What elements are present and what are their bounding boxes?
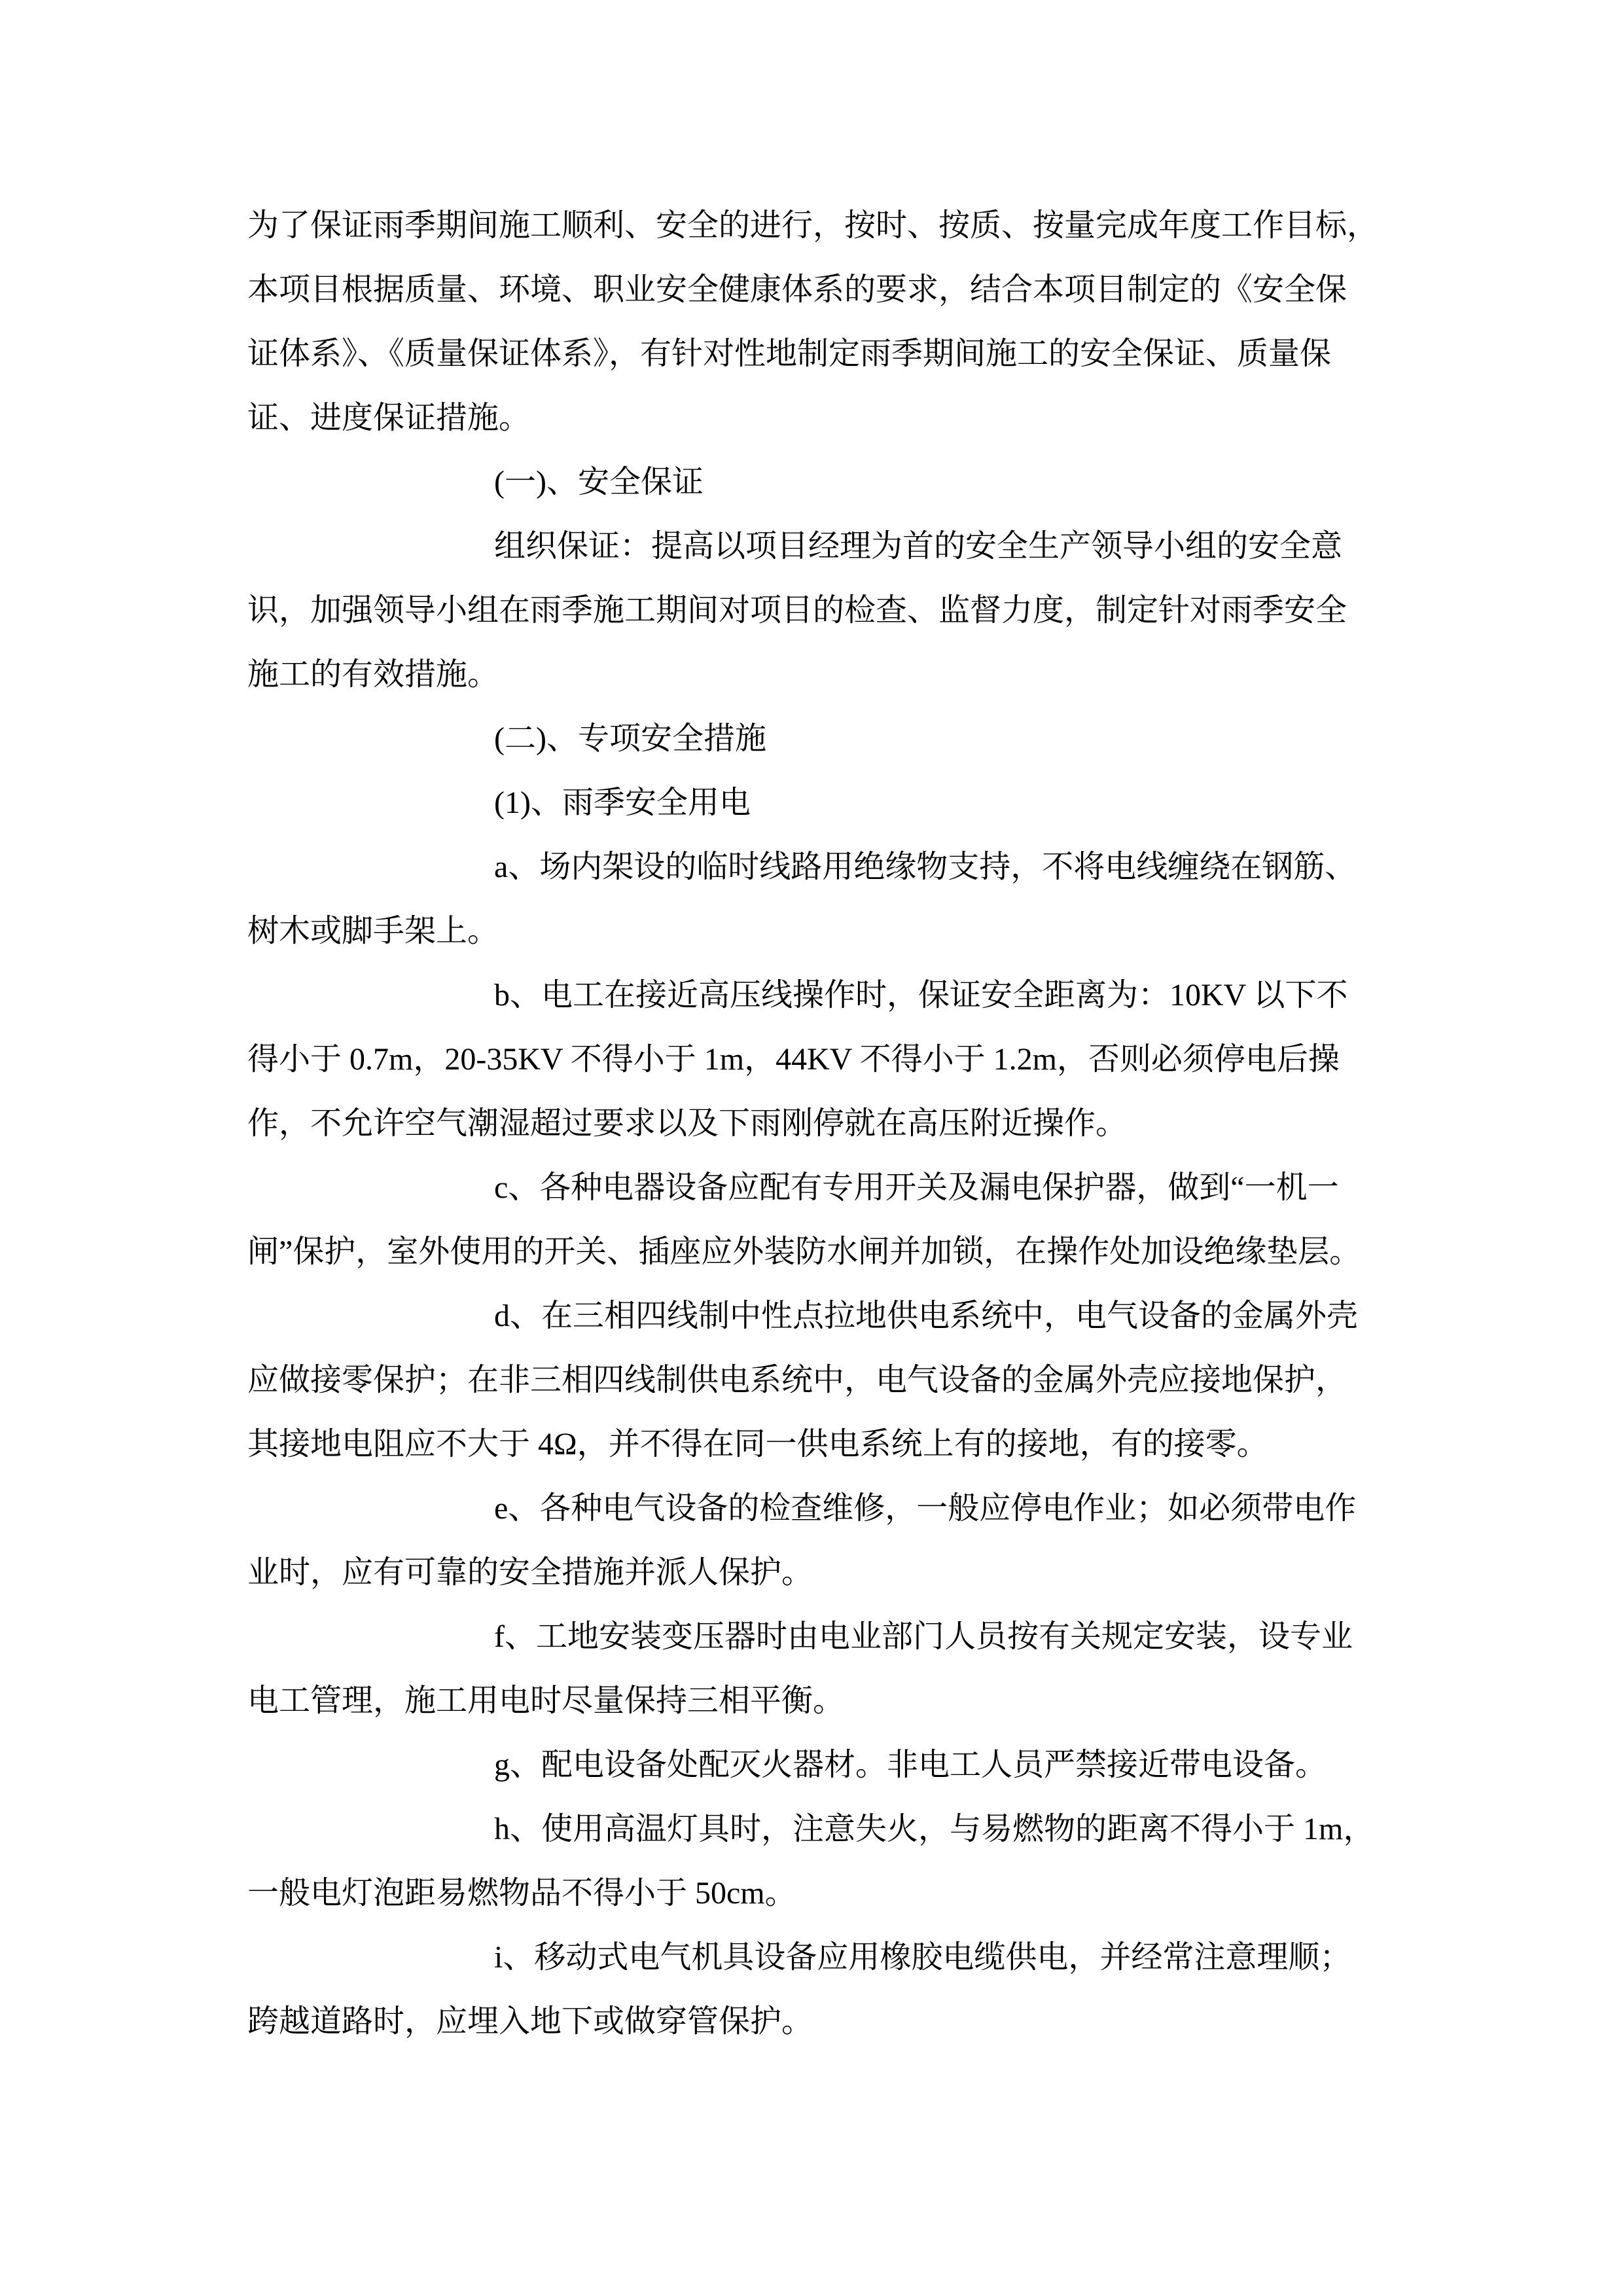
paragraph: i、移动式电气机具设备应用橡胶电缆供电，并经常注意理顺；跨越道路时，应埋入地下或… — [247, 1926, 1399, 2054]
text-line: f、工地安装变压器时由电业部门人员按有关规定安装，设专业 — [247, 1605, 1399, 1669]
paragraph: f、工地安装变压器时由电业部门人员按有关规定安装，设专业电工管理，施工用电时尽量… — [247, 1605, 1399, 1733]
text-line: 为了保证雨季期间施工顺利、安全的进行，按时、按质、按量完成年度工作目标， — [247, 194, 1399, 258]
paragraph: c、各种电器设备应配有专用开关及漏电保护器，做到“一机一闸”保护，室外使用的开关… — [247, 1156, 1399, 1284]
text-line: 闸”保护，室外使用的开关、插座应外装防水闸并加锁，在操作处加设绝缘垫层。 — [247, 1220, 1399, 1284]
paragraph: 组织保证：提高以项目经理为首的安全生产领导小组的安全意识，加强领导小组在雨季施工… — [247, 514, 1399, 707]
paragraph: e、各种电气设备的检查维修，一般应停电作业；如必须带电作业时，应有可靠的安全措施… — [247, 1477, 1399, 1605]
text-line: d、在三相四线制中性点拉地供电系统中，电气设备的金属外壳 — [247, 1284, 1399, 1348]
document-page: 为了保证雨季期间施工顺利、安全的进行，按时、按质、按量完成年度工作目标，本项目根… — [0, 0, 1623, 2296]
text-line: c、各种电器设备应配有专用开关及漏电保护器，做到“一机一 — [247, 1156, 1399, 1220]
paragraph: h、使用高温灯具时，注意失火，与易燃物的距离不得小于 1m，一般电灯泡距易燃物品… — [247, 1797, 1399, 1926]
text-line: h、使用高温灯具时，注意失火，与易燃物的距离不得小于 1m， — [247, 1797, 1399, 1861]
paragraph: b、电工在接近高压线操作时，保证安全距离为：10KV 以下不得小于 0.7m，2… — [247, 963, 1399, 1156]
paragraph: d、在三相四线制中性点拉地供电系统中，电气设备的金属外壳应做接零保护；在非三相四… — [247, 1284, 1399, 1477]
text-line: 证体系》、《质量保证体系》，有针对性地制定雨季期间施工的安全保证、质量保 — [247, 322, 1399, 386]
paragraph: g、配电设备处配灭火器材。非电工人员严禁接近带电设备。 — [247, 1733, 1399, 1797]
paragraph: (二)、专项安全措施 — [247, 707, 1399, 771]
text-line: 一般电灯泡距易燃物品不得小于 50cm。 — [247, 1861, 1399, 1926]
text-line: 业时，应有可靠的安全措施并派人保护。 — [247, 1541, 1399, 1605]
text-line: 其接地电阻应不大于 4Ω，并不得在同一供电系统上有的接地，有的接零。 — [247, 1412, 1399, 1477]
text-line: 证、进度保证措施。 — [247, 386, 1399, 450]
paragraph: (1)、雨季安全用电 — [247, 771, 1399, 835]
text-line: 识，加强领导小组在雨季施工期间对项目的检查、监督力度，制定针对雨季安全 — [247, 579, 1399, 643]
text-line: 得小于 0.7m，20-35KV 不得小于 1m，44KV 不得小于 1.2m，… — [247, 1028, 1399, 1092]
paragraph: (一)、安全保证 — [247, 450, 1399, 514]
text-line: i、移动式电气机具设备应用橡胶电缆供电，并经常注意理顺； — [247, 1926, 1399, 1990]
text-line: 组织保证：提高以项目经理为首的安全生产领导小组的安全意 — [247, 514, 1399, 579]
document-content: 为了保证雨季期间施工顺利、安全的进行，按时、按质、按量完成年度工作目标，本项目根… — [247, 194, 1399, 2054]
text-line: 树木或脚手架上。 — [247, 899, 1399, 963]
text-line: 跨越道路时，应埋入地下或做穿管保护。 — [247, 1990, 1399, 2054]
text-line: 作，不允许空气潮湿超过要求以及下雨刚停就在高压附近操作。 — [247, 1092, 1399, 1156]
paragraph: 为了保证雨季期间施工顺利、安全的进行，按时、按质、按量完成年度工作目标，本项目根… — [247, 194, 1399, 450]
text-line: 施工的有效措施。 — [247, 643, 1399, 707]
text-line: (一)、安全保证 — [247, 450, 1399, 514]
text-line: b、电工在接近高压线操作时，保证安全距离为：10KV 以下不 — [247, 963, 1399, 1028]
paragraph: a、场内架设的临时线路用绝缘物支持，不将电线缠绕在钢筋、树木或脚手架上。 — [247, 835, 1399, 963]
text-line: e、各种电气设备的检查维修，一般应停电作业；如必须带电作 — [247, 1477, 1399, 1541]
text-line: (1)、雨季安全用电 — [247, 771, 1399, 835]
text-line: (二)、专项安全措施 — [247, 707, 1399, 771]
text-line: 电工管理，施工用电时尽量保持三相平衡。 — [247, 1669, 1399, 1733]
text-line: 本项目根据质量、环境、职业安全健康体系的要求，结合本项目制定的《安全保 — [247, 258, 1399, 322]
text-line: 应做接零保护；在非三相四线制供电系统中，电气设备的金属外壳应接地保护， — [247, 1348, 1399, 1412]
text-line: g、配电设备处配灭火器材。非电工人员严禁接近带电设备。 — [247, 1733, 1399, 1797]
text-line: a、场内架设的临时线路用绝缘物支持，不将电线缠绕在钢筋、 — [247, 835, 1399, 899]
